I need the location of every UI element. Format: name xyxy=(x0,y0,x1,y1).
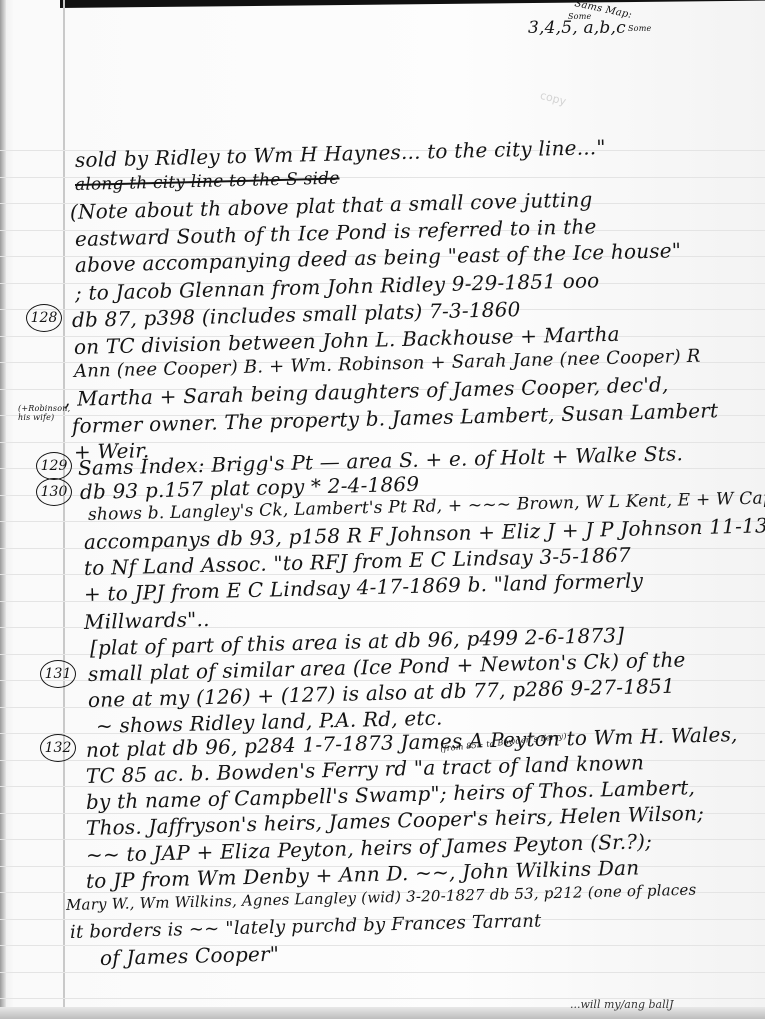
entry-line: sold by Ridley to Wm H Haynes... to the … xyxy=(75,135,606,172)
entry-number-badge: 131 xyxy=(40,660,76,688)
scan-top-edge xyxy=(60,0,765,8)
entry-line: of James Cooper" xyxy=(100,942,280,970)
entry-number-badge: 132 xyxy=(40,734,76,762)
footer-scrawl: ...will my/ang ballJ xyxy=(570,998,674,1011)
header-note-values: 3,4,5, a,b,c xyxy=(528,18,626,38)
header-note-side-label: Some xyxy=(628,24,651,33)
ghost-copy-mark: copy xyxy=(539,89,568,108)
entry-line: it borders is ~~ "lately purchd by Franc… xyxy=(70,910,542,943)
entry-number-badge: 129 xyxy=(36,452,72,480)
entry-line-struck: along th city line to the S side xyxy=(75,169,340,195)
ruled-line xyxy=(0,972,765,973)
entry-number-badge: 130 xyxy=(36,478,72,506)
margin-note-robinson: (+Robinson, his wife) xyxy=(18,404,64,422)
entry-number-badge: 128 xyxy=(26,304,62,332)
notebook-page: Sams Map: Some Some 3,4,5, a,b,c copy so… xyxy=(0,0,765,1019)
entry-line: Millwards".. xyxy=(84,607,210,634)
